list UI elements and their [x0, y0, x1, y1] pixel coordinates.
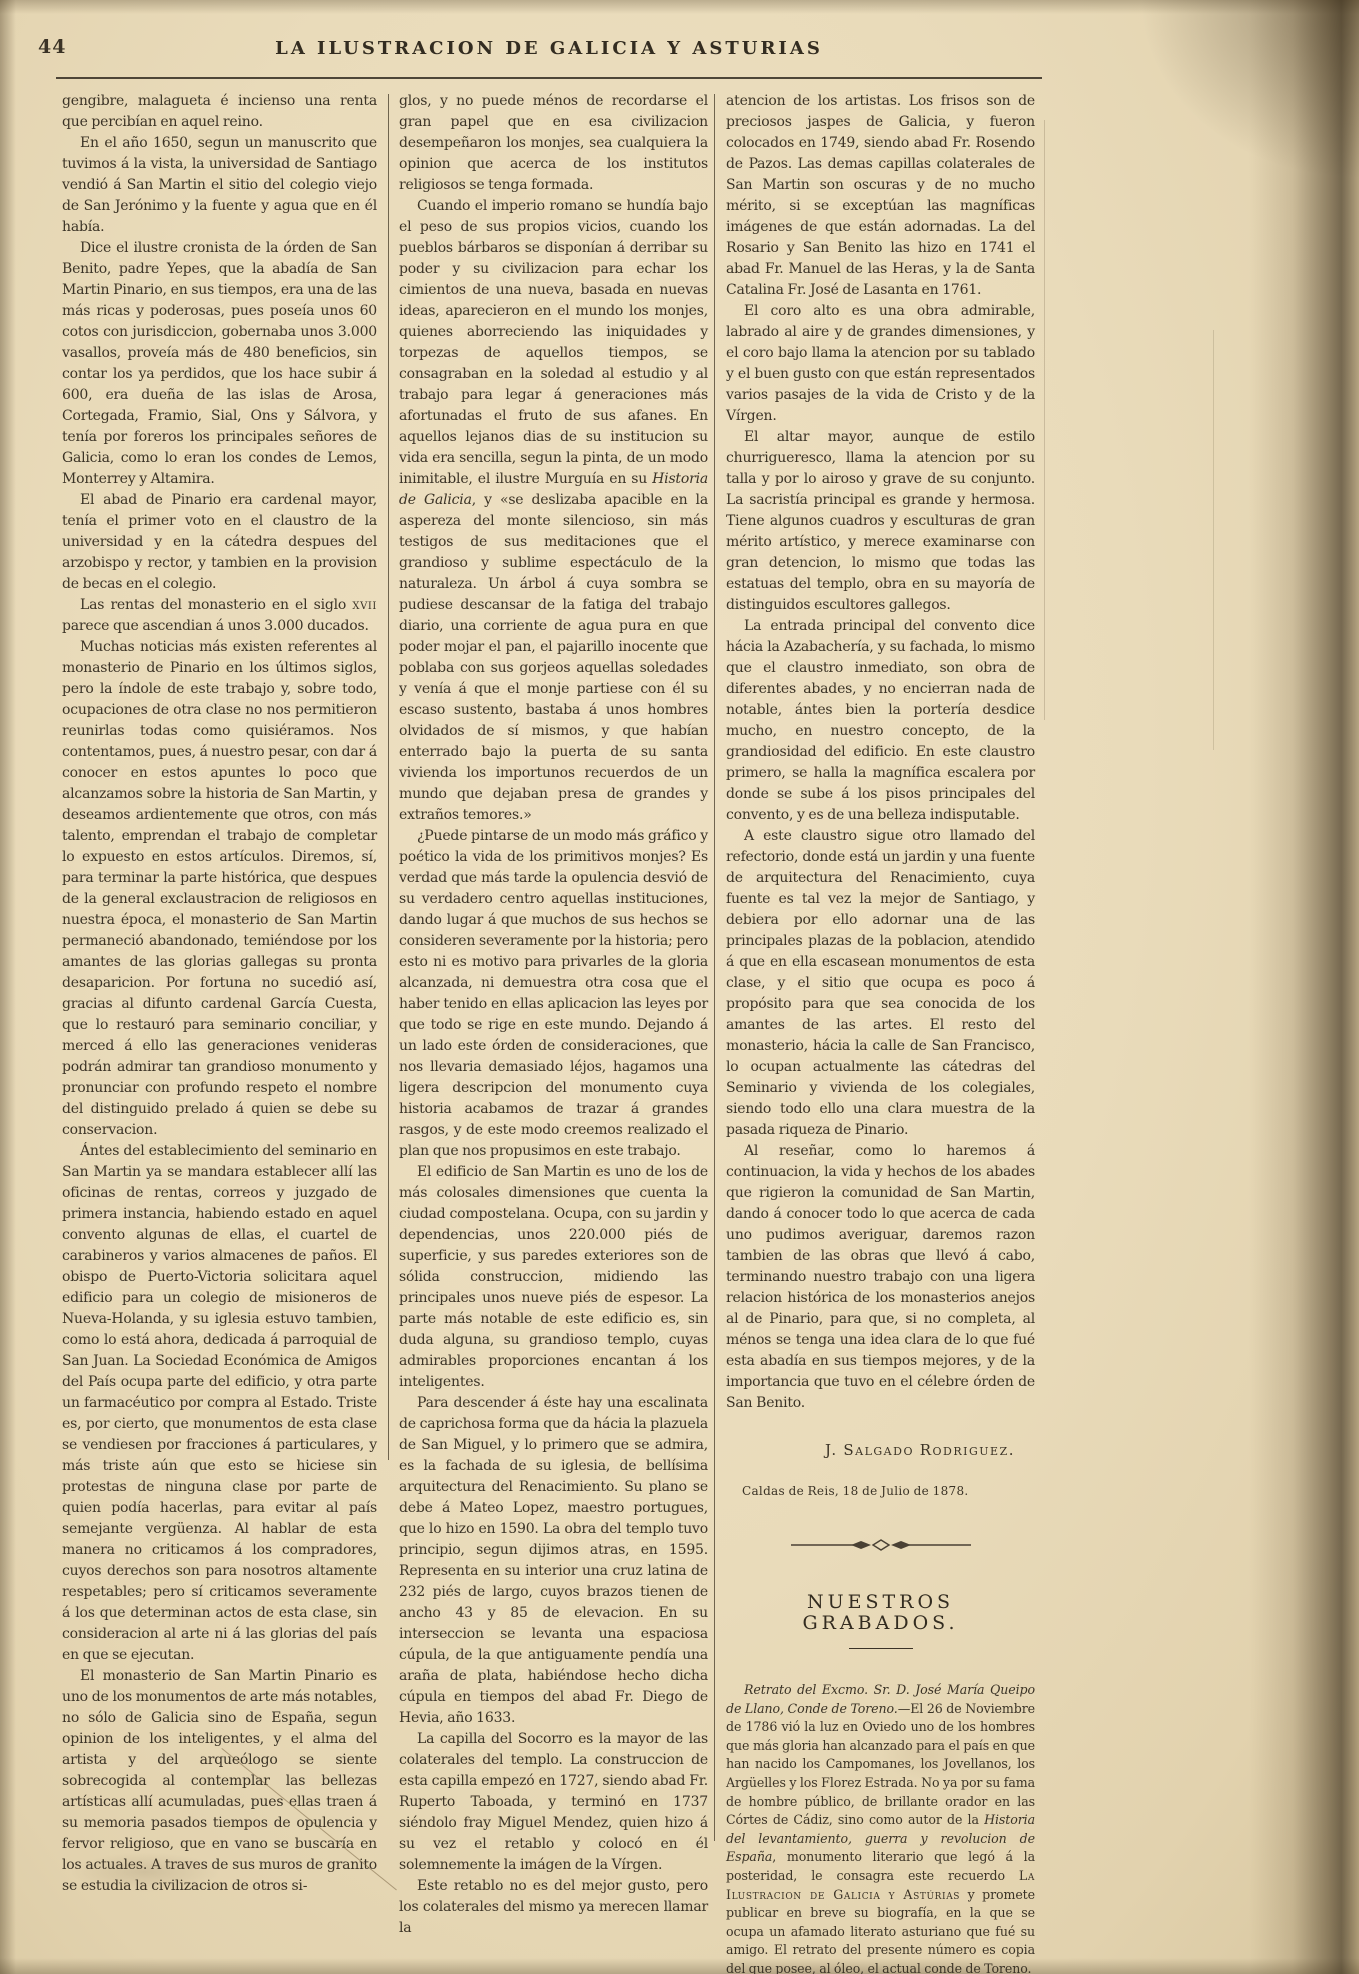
text-segment: La capilla del Socorro es la mayor de la… [399, 1731, 708, 1873]
section-heading: NUESTROS GRABADOS. [726, 1592, 1035, 1634]
grabados-text: Retrato del Excmo. Sr. D. José María Que… [726, 1681, 1035, 1974]
text-segment: gengibre, malagueta é incienso una renta… [62, 93, 377, 130]
divider-ornament [726, 1538, 1035, 1552]
section-heading-rule [849, 1648, 913, 1649]
text-segment: glos, y no puede ménos de recordarse el … [399, 93, 708, 193]
text-segment: En el año 1650, segun un manuscrito que … [62, 135, 377, 235]
text-segment: Muchas noticias más existen referentes a… [62, 639, 377, 1138]
text-segment: xvii [352, 597, 377, 613]
paragraph: Ántes del establecimiento del seminario … [62, 1141, 377, 1666]
paper-stain [880, 1730, 970, 1780]
newspaper-page: 44 LA ILUSTRACION DE GALICIA Y ASTURIAS … [0, 0, 1359, 1974]
text-column-2: glos, y no puede ménos de recordarse el … [399, 91, 708, 1939]
paragraph: gengibre, malagueta é incienso una renta… [62, 91, 377, 133]
masthead-title: LA ILUSTRACION DE GALICIA Y ASTURIAS [60, 38, 1038, 59]
paragraph: Las rentas del monasterio en el siglo xv… [62, 595, 377, 637]
text-column-3: atencion de los artistas. Los frisos son… [726, 91, 1035, 1974]
paragraph: Retrato del Excmo. Sr. D. José María Que… [726, 1681, 1035, 1974]
text-segment: El coro alto es una obra admirable, labr… [726, 303, 1035, 424]
text-segment: El abad de Pinario era cardenal mayor, t… [62, 492, 377, 592]
paragraph: El altar mayor, aunque de estilo churrig… [726, 427, 1035, 616]
text-segment: Cuando el imperio romano se hundía bajo … [399, 198, 708, 487]
paragraph: Muchas noticias más existen referentes a… [62, 637, 377, 1141]
text-segment: Las rentas del monasterio en el siglo [80, 597, 352, 613]
header-rule [56, 77, 1042, 79]
text-segment: Ántes del establecimiento del seminario … [62, 1143, 377, 1663]
fold-mark [1213, 330, 1214, 750]
text-segment: , y «se deslizaba apacible en la asperez… [399, 492, 708, 823]
text-segment: Al reseñar, como lo haremos á continuaci… [726, 1143, 1035, 1411]
scan-edge-bottom [0, 1958, 1359, 1974]
text-segment: ¿Puede pintarse de un modo más gráfico y… [399, 828, 708, 1159]
paragraph: glos, y no puede ménos de recordarse el … [399, 91, 708, 196]
text-column-1: gengibre, malagueta é incienso una renta… [62, 91, 377, 1897]
scan-edge-right [1249, 0, 1359, 1974]
fold-mark [1044, 120, 1045, 720]
text-segment: La entrada principal del convento dice h… [726, 618, 1035, 823]
column-separator-1 [388, 94, 389, 1460]
text-segment: parece que ascendian á unos 3.000 ducado… [62, 618, 369, 634]
text-segment: Este retablo no es del mejor gusto, pero… [399, 1878, 708, 1936]
text-segment: A este claustro sigue otro llamado del r… [726, 828, 1035, 1138]
column-3-paragraphs: atencion de los artistas. Los frisos son… [726, 91, 1035, 1414]
paragraph: Al reseñar, como lo haremos á continuaci… [726, 1141, 1035, 1414]
text-segment: , monumento literario que legó á la post… [726, 1849, 1035, 1883]
paragraph: A este claustro sigue otro llamado del r… [726, 826, 1035, 1141]
paper-stain [70, 1852, 220, 1892]
scan-corner-shadow [1139, 0, 1359, 180]
ornament-icon [791, 1538, 971, 1552]
paragraph: Dice el ilustre cronista de la órden de … [62, 238, 377, 490]
paragraph: La entrada principal del convento dice h… [726, 616, 1035, 826]
paragraph: El abad de Pinario era cardenal mayor, t… [62, 490, 377, 595]
dateline: Caldas de Reis, 18 de Julio de 1878. [726, 1481, 1035, 1502]
scan-edge-left [0, 0, 16, 1974]
paragraph: ¿Puede pintarse de un modo más gráfico y… [399, 826, 708, 1162]
paragraph: atencion de los artistas. Los frisos son… [726, 91, 1035, 301]
paragraph: En el año 1650, segun un manuscrito que … [62, 133, 377, 238]
text-segment: Dice el ilustre cronista de la órden de … [62, 240, 377, 487]
column-separator-2 [714, 94, 715, 1841]
paragraph: Este retablo no es del mejor gusto, pero… [399, 1876, 708, 1939]
author-signature: J. Salgado Rodriguez. [726, 1440, 1035, 1461]
text-segment: El edificio de San Martin es uno de los … [399, 1164, 708, 1390]
paragraph: El edificio de San Martin es uno de los … [399, 1162, 708, 1393]
text-segment: El altar mayor, aunque de estilo churrig… [726, 429, 1035, 613]
text-segment: atencion de los artistas. Los frisos son… [726, 93, 1035, 298]
paragraph: La capilla del Socorro es la mayor de la… [399, 1729, 708, 1876]
paragraph: El coro alto es una obra admirable, labr… [726, 301, 1035, 427]
text-segment: Para descender á éste hay una escalinata… [399, 1395, 708, 1726]
paragraph: Para descender á éste hay una escalinata… [399, 1393, 708, 1729]
paragraph: Cuando el imperio romano se hundía bajo … [399, 196, 708, 826]
